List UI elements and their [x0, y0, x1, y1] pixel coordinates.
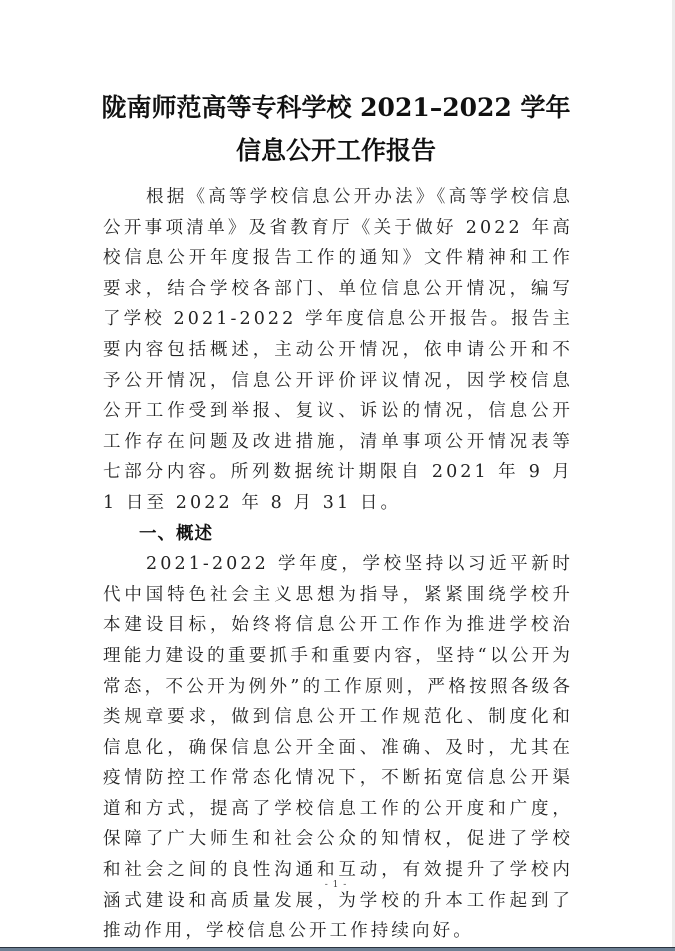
- document-title-line1: 陇南师范高等专科学校 2021–2022 学年: [0, 88, 672, 124]
- document-title-line2: 信息公开工作报告: [0, 131, 672, 167]
- page-number: - 1 -: [0, 880, 672, 890]
- document-page: 陇南师范高等专科学校 2021–2022 学年 信息公开工作报告 根据《高等学校…: [0, 0, 672, 947]
- viewer-bottom-edge: [0, 947, 675, 951]
- intro-paragraph: 根据《高等学校信息公开办法》《高等学校信息公开事项清单》及省教育厅《关于做好 2…: [103, 182, 573, 519]
- section-heading-overview: 一、概述: [103, 519, 573, 550]
- document-body: 根据《高等学校信息公开办法》《高等学校信息公开事项清单》及省教育厅《关于做好 2…: [103, 182, 573, 947]
